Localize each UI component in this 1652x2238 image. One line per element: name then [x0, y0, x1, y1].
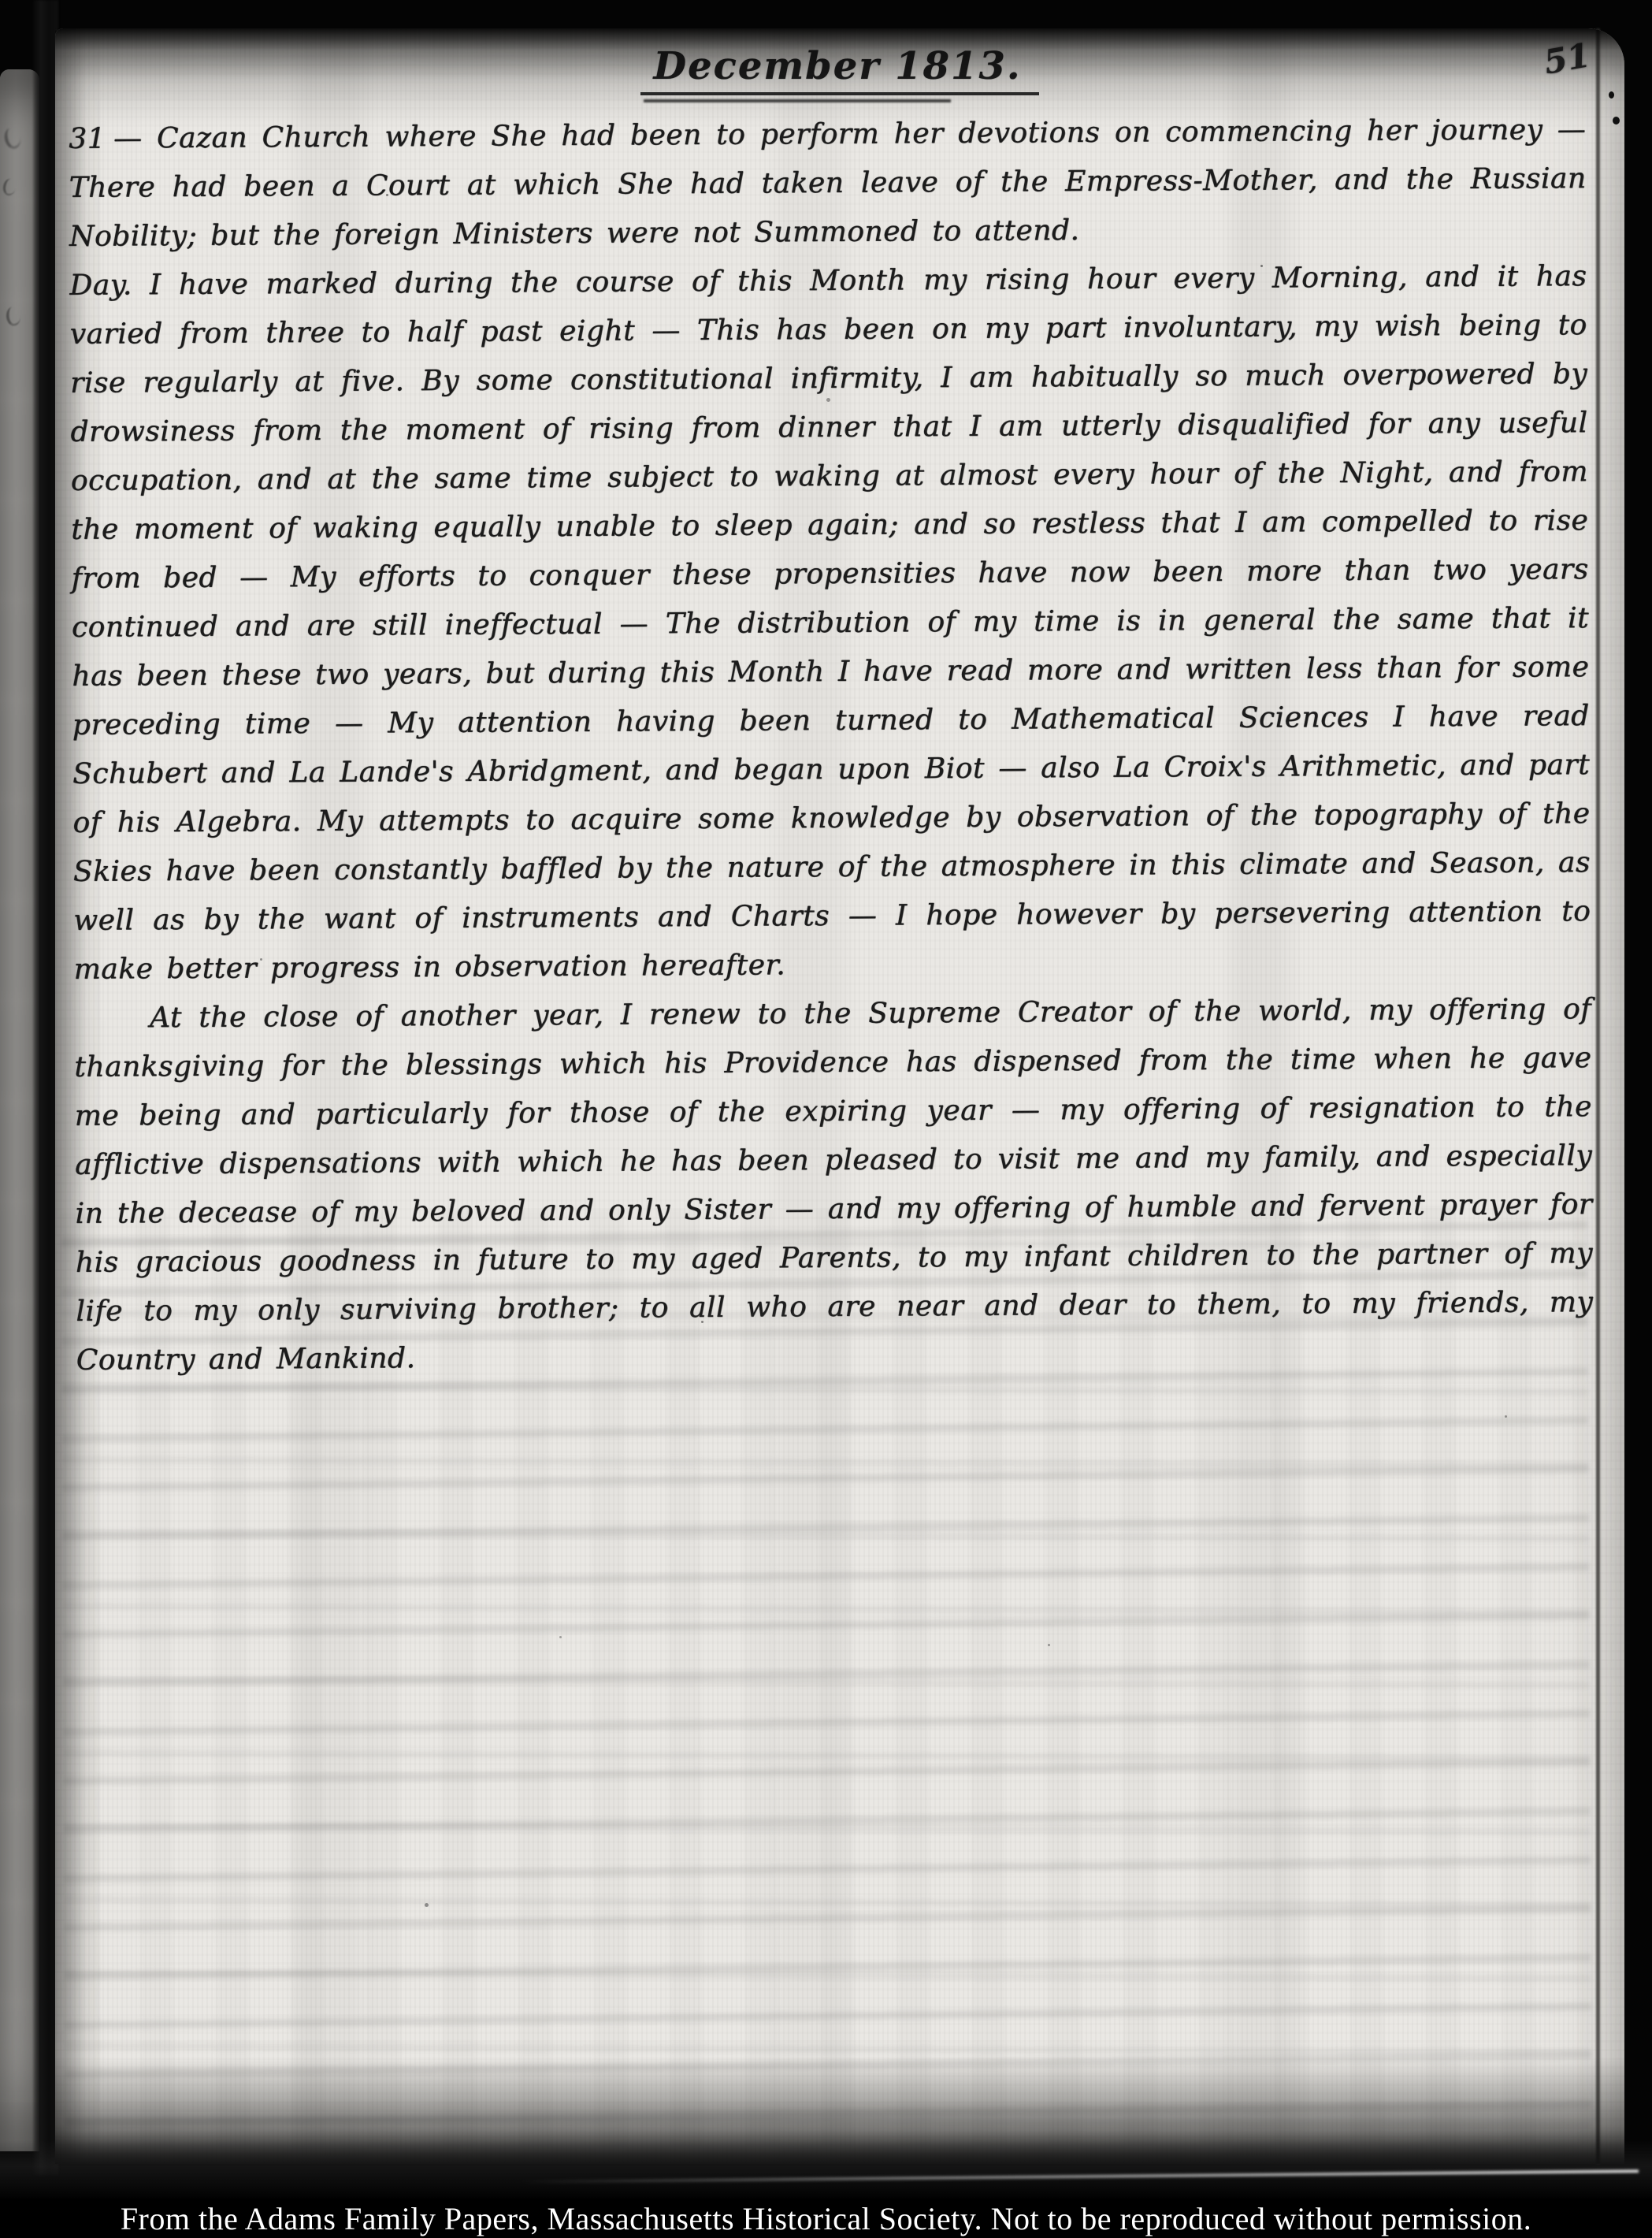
archive-caption: From the Adams Family Papers, Massachuse… — [121, 2200, 1531, 2237]
scan-bottom-smudge — [0, 2140, 1652, 2199]
right-margin-line — [1596, 28, 1600, 2164]
manuscript-page: December 1813. 51 31— Cazan Church where… — [55, 28, 1624, 2164]
entry-paragraph: Day. I have marked during the course of … — [69, 252, 1591, 994]
entry-paragraph-text: Day. I have marked during the course of … — [69, 260, 1591, 986]
diary-entry-text: 31— Cazan Church where She had been to p… — [69, 106, 1594, 1385]
facing-page-ink-mark — [6, 306, 21, 326]
ink-bleedthrough — [61, 1205, 1592, 2151]
gutter-shadow — [55, 28, 87, 2164]
top-edge-shadow — [55, 28, 1624, 131]
archive-caption-bar: From the Adams Family Papers, Massachuse… — [0, 2199, 1652, 2238]
entry-paragraph-text: — Cazan Church where She had been to per… — [69, 113, 1587, 253]
facing-page-ink-mark — [2, 177, 17, 196]
facing-page-ink-mark — [2, 126, 23, 151]
